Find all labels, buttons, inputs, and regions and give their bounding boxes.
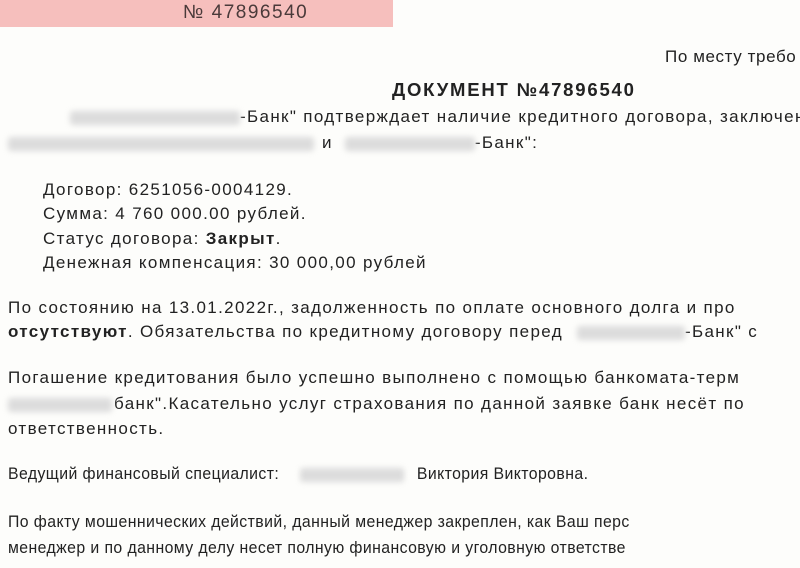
intro-conjunction: и bbox=[322, 133, 333, 152]
addressee-line: По месту требо bbox=[665, 47, 796, 67]
banner-document-number: № 47896540 bbox=[183, 2, 308, 24]
status-label: Статус договора: bbox=[43, 229, 206, 248]
fraud-line-2: менеджер и по данному делу несет полную … bbox=[8, 538, 626, 558]
status-end: . bbox=[276, 229, 282, 248]
debt-line-2: отсутствуют. Обязательства по кредитному… bbox=[8, 322, 758, 342]
redacted-surname bbox=[300, 468, 404, 482]
redacted-bank-name-4 bbox=[8, 398, 112, 412]
compensation-amount: Денежная компенсация: 30 000,00 рублей bbox=[43, 253, 427, 273]
repayment-line-2: банк".Касательно услуг страхования по да… bbox=[8, 394, 745, 414]
intro-line-1: -Банк" подтверждает наличие кредитного д… bbox=[8, 107, 800, 127]
fraud-line-1: По факту мошеннических действий, данный … bbox=[8, 512, 630, 532]
specialist-label: Ведущий финансовый специалист: bbox=[8, 464, 279, 483]
repayment-line-3: ответственность. bbox=[8, 419, 164, 439]
specialist-line: Ведущий финансовый специалист:Виктория В… bbox=[8, 464, 588, 484]
specialist-name: Виктория Викторовна. bbox=[417, 464, 589, 483]
repayment-line-1: Погашение кредитования было успешно выпо… bbox=[8, 368, 740, 388]
document-title: ДОКУМЕНТ №47896540 bbox=[392, 79, 636, 101]
intro-line-2: и-Банк": bbox=[8, 133, 538, 153]
intro-line-1-text: -Банк" подтверждает наличие кредитного д… bbox=[240, 107, 800, 126]
redacted-bank-name-2 bbox=[345, 137, 475, 151]
redacted-bank-name-3 bbox=[577, 326, 685, 340]
debt-absent-bold: отсутствуют bbox=[8, 322, 128, 341]
redacted-bank-name bbox=[70, 111, 240, 125]
redacted-client-name bbox=[8, 137, 314, 151]
contract-number: Договор: 6251056-0004129. bbox=[43, 180, 293, 200]
status-value: Закрыт bbox=[206, 229, 276, 248]
intro-line-2-text: -Банк": bbox=[475, 133, 538, 152]
contract-status: Статус договора: Закрыт. bbox=[43, 229, 282, 249]
document-number-banner: № 47896540 bbox=[0, 0, 393, 27]
debt-line-2-text: . Обязательства по кредитному договору п… bbox=[128, 322, 563, 341]
debt-line-1: По состоянию на 13.01.2022г., задолженно… bbox=[8, 298, 736, 318]
repayment-line-2-text: банк".Касательно услуг страхования по да… bbox=[114, 394, 745, 413]
debt-line-2-end: -Банк" с bbox=[685, 322, 758, 341]
contract-amount: Сумма: 4 760 000.00 рублей. bbox=[43, 204, 307, 224]
